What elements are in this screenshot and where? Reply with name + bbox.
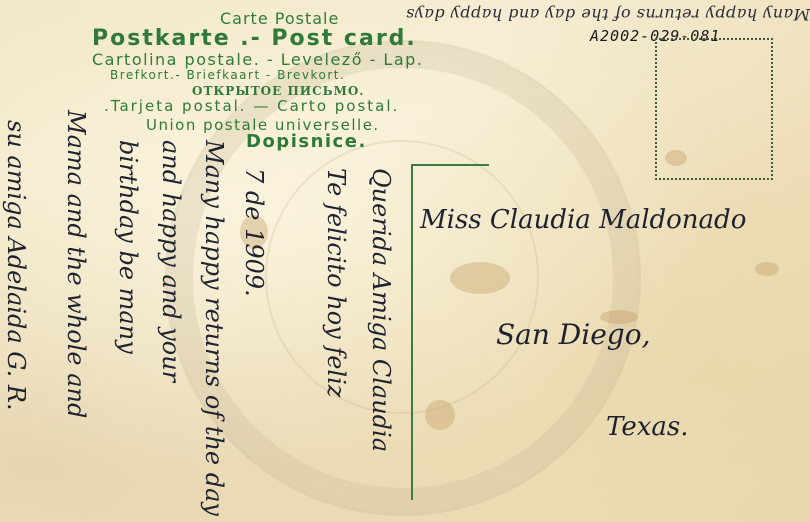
message-line: Te felicito hoy feliz xyxy=(322,168,350,397)
stain xyxy=(450,262,510,294)
address-state: Texas. xyxy=(606,412,688,442)
stamp-placeholder-box xyxy=(655,38,773,180)
message-line: Mama and the whole and xyxy=(62,110,90,418)
header-dopisnice: Dopisnice. xyxy=(246,131,367,152)
message-signature: su amiga Adelaida G. R. xyxy=(2,120,30,411)
stain xyxy=(425,400,455,430)
message-line: and happy and your xyxy=(157,140,185,382)
inverted-handwriting: Many happy returns of the day and happy … xyxy=(406,5,810,24)
stain xyxy=(755,262,779,276)
header-russian: ОТКРЫТОЕ ПИСЬМО. xyxy=(192,84,365,98)
address-name: Miss Claudia Maldonado xyxy=(420,205,746,235)
header-brefkort: Brefkort.- Briefkaart - Brevkort. xyxy=(110,68,345,82)
header-cartolina: Cartolina postale. - Levelező - Lap. xyxy=(92,50,423,69)
message-line: birthday be many xyxy=(114,140,142,354)
header-postkarte: Postkarte .- Post card. xyxy=(92,26,417,51)
postcard: Many happy returns of the day and happy … xyxy=(0,0,810,522)
address-divider-vertical xyxy=(411,164,413,500)
address-city: San Diego, xyxy=(496,318,650,351)
header-tarjeta: .Tarjeta postal. — Carto postal. xyxy=(104,97,399,115)
message-date: 7 de 1909. xyxy=(240,168,268,297)
message-line: Querida Amiga Claudia xyxy=(367,168,395,452)
address-divider-horizontal xyxy=(411,164,489,166)
message-line: Many happy returns of the day xyxy=(200,140,228,516)
